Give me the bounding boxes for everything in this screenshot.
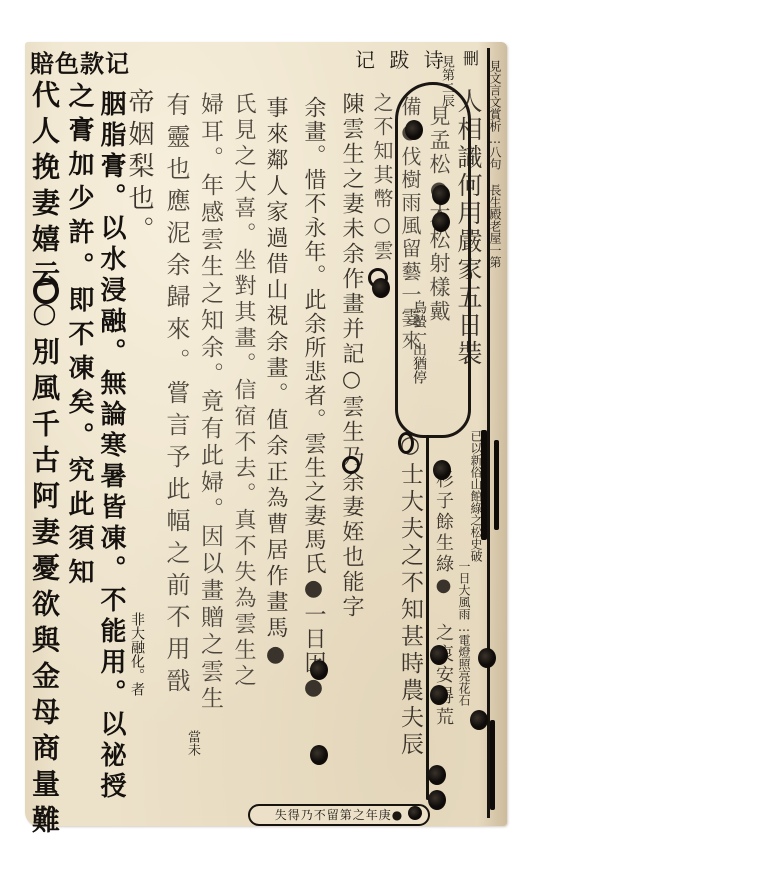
bottom-boxed-note: 失得乃不留第之年庚● bbox=[248, 804, 430, 826]
manuscript-title: 賠色款记 bbox=[30, 44, 130, 79]
text-column-7: 事來鄰人家過借山視余畫。值余正為曹居作畫馬● bbox=[264, 96, 286, 671]
text-column-8: 氏見之大喜。坐對其畫。信宿不去。真不失為雲生之 bbox=[232, 92, 254, 690]
ink-blot-icon bbox=[310, 745, 328, 765]
ink-blot-icon bbox=[430, 685, 448, 705]
edge-column: 見文言文賞析…八句 長生殿老屋一第 bbox=[489, 60, 501, 268]
ink-stroke bbox=[481, 430, 487, 540]
header-right-label: 记 跋 诗 bbox=[355, 44, 448, 73]
text-column-9: 婦耳。年感雲生之知余。竟有此婦。因以畫贈之雲生 bbox=[198, 92, 221, 713]
text-column-12: 胭脂膏。以水浸融。無論寒暑皆凍。不能用。以祕授 bbox=[98, 90, 124, 803]
text-column-6: 余畫。惜不永年。此余所悲者。雲生之妻馬氏●一日因● bbox=[302, 96, 324, 702]
ink-blot-icon bbox=[310, 660, 328, 680]
text-column-10: 有靈也應泥余歸來。嘗言予此幅之前不用戩 bbox=[164, 92, 188, 700]
ink-blot-icon bbox=[372, 278, 390, 298]
ink-blot-icon bbox=[470, 710, 488, 730]
ink-stroke bbox=[494, 440, 499, 530]
header-tag: 刪 bbox=[463, 46, 479, 69]
text-column-12-note: 非大融化。者 bbox=[130, 612, 144, 696]
ink-blot-icon bbox=[432, 185, 450, 205]
ink-blot-icon bbox=[430, 645, 448, 665]
ink-blot-icon bbox=[433, 460, 451, 480]
right-note-2: 一日大風雨…電燈照亮花石 bbox=[458, 560, 470, 706]
text-column-10-note: 當未 bbox=[186, 730, 199, 756]
circle-mark-icon bbox=[398, 432, 414, 458]
divider-line bbox=[426, 435, 429, 800]
ink-blot-icon bbox=[428, 765, 446, 785]
ink-blot-icon bbox=[405, 120, 423, 140]
circle-mark-icon bbox=[342, 456, 360, 478]
text-column-5: 陳雲生之妻未余作畫并記○雲生乃余妻姪也能字 bbox=[340, 92, 362, 620]
text-column-3b: ○士大夫之不知甚時農夫辰 bbox=[398, 432, 421, 759]
text-column-4: 之不知其幣○雲 bbox=[372, 92, 392, 264]
ink-blot-icon bbox=[428, 790, 446, 810]
ink-stroke bbox=[490, 720, 495, 810]
text-column-13: 之膏加少許。即不凍矣。究此須知 bbox=[66, 82, 92, 592]
ink-blot-icon bbox=[408, 806, 422, 820]
ink-blot-icon bbox=[432, 212, 450, 232]
text-column-14: 代人挽妻嬉云○別風千古阿妻憂欲與金母商量難 bbox=[30, 80, 58, 841]
circle-mark-icon bbox=[33, 278, 59, 308]
text-column-11: 帝姻梨也。 bbox=[126, 88, 152, 248]
ink-blot-icon bbox=[478, 648, 496, 668]
